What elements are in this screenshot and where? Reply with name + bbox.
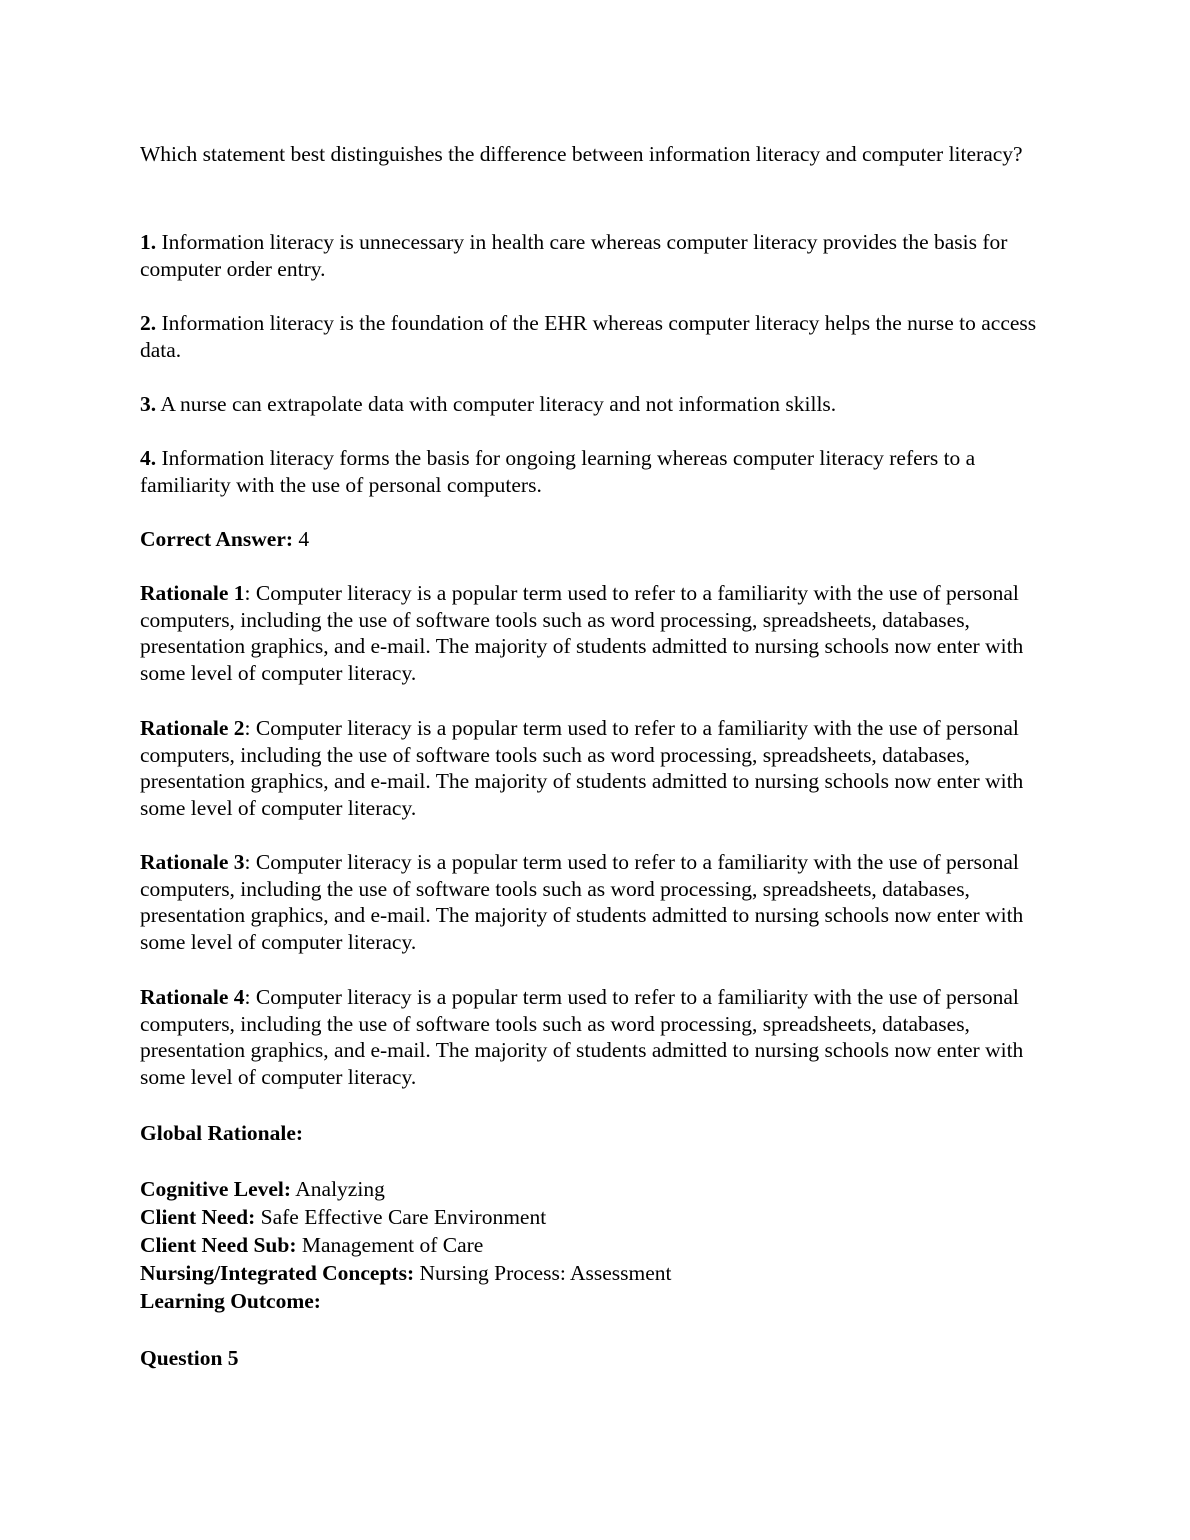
meta-label: Client Need: bbox=[140, 1205, 255, 1229]
option-number: 4. bbox=[140, 446, 156, 470]
meta-learning-outcome: Learning Outcome: bbox=[140, 1287, 1060, 1315]
meta-label: Nursing/Integrated Concepts: bbox=[140, 1261, 414, 1285]
meta-label: Learning Outcome: bbox=[140, 1289, 321, 1313]
option-4: 4. Information literacy forms the basis … bbox=[140, 445, 1060, 498]
rationale-4: Rationale 4: Computer literacy is a popu… bbox=[140, 984, 1060, 1090]
rationale-1: Rationale 1: Computer literacy is a popu… bbox=[140, 580, 1060, 686]
option-2: 2. Information literacy is the foundatio… bbox=[140, 310, 1060, 363]
correct-answer: Correct Answer: 4 bbox=[140, 526, 1060, 553]
next-question-heading: Question 5 bbox=[140, 1345, 1060, 1372]
meta-nursing-concepts: Nursing/Integrated Concepts: Nursing Pro… bbox=[140, 1259, 1060, 1287]
meta-value: Analyzing bbox=[291, 1177, 385, 1201]
correct-answer-label: Correct Answer: bbox=[140, 527, 293, 551]
meta-value: Nursing Process: Assessment bbox=[414, 1261, 671, 1285]
option-text: Information literacy forms the basis for… bbox=[140, 446, 975, 497]
rationale-3: Rationale 3: Computer literacy is a popu… bbox=[140, 849, 1060, 955]
rationale-label: Rationale 4 bbox=[140, 985, 245, 1009]
correct-answer-value: 4 bbox=[293, 527, 309, 551]
option-text: Information literacy is unnecessary in h… bbox=[140, 230, 1007, 281]
option-number: 1. bbox=[140, 230, 156, 254]
rationale-label: Rationale 2 bbox=[140, 716, 245, 740]
meta-label: Cognitive Level: bbox=[140, 1177, 291, 1201]
meta-cognitive-level: Cognitive Level: Analyzing bbox=[140, 1175, 1060, 1203]
global-rationale-label: Global Rationale: bbox=[140, 1121, 303, 1145]
option-1: 1. Information literacy is unnecessary i… bbox=[140, 229, 1060, 282]
meta-client-need-sub: Client Need Sub: Management of Care bbox=[140, 1231, 1060, 1259]
option-3: 3. A nurse can extrapolate data with com… bbox=[140, 391, 1060, 418]
rationale-label: Rationale 3 bbox=[140, 850, 245, 874]
meta-label: Client Need Sub: bbox=[140, 1233, 296, 1257]
rationale-text: : Computer literacy is a popular term us… bbox=[140, 581, 1023, 685]
rationale-2: Rationale 2: Computer literacy is a popu… bbox=[140, 715, 1060, 821]
question-stem: Which statement best distinguishes the d… bbox=[140, 139, 1060, 170]
meta-value: Safe Effective Care Environment bbox=[255, 1205, 546, 1229]
rationale-text: : Computer literacy is a popular term us… bbox=[140, 716, 1023, 820]
rationale-text: : Computer literacy is a popular term us… bbox=[140, 850, 1023, 954]
option-number: 3. bbox=[140, 392, 156, 416]
question-metadata: Cognitive Level: Analyzing Client Need: … bbox=[140, 1175, 1060, 1315]
option-text: A nurse can extrapolate data with comput… bbox=[156, 392, 836, 416]
question-heading: Question 5 bbox=[140, 1346, 239, 1370]
option-text: Information literacy is the foundation o… bbox=[140, 311, 1036, 362]
meta-value: Management of Care bbox=[296, 1233, 483, 1257]
rationale-text: : Computer literacy is a popular term us… bbox=[140, 985, 1023, 1089]
rationale-label: Rationale 1 bbox=[140, 581, 245, 605]
global-rationale: Global Rationale: bbox=[140, 1120, 1060, 1147]
option-number: 2. bbox=[140, 311, 156, 335]
meta-client-need: Client Need: Safe Effective Care Environ… bbox=[140, 1203, 1060, 1231]
